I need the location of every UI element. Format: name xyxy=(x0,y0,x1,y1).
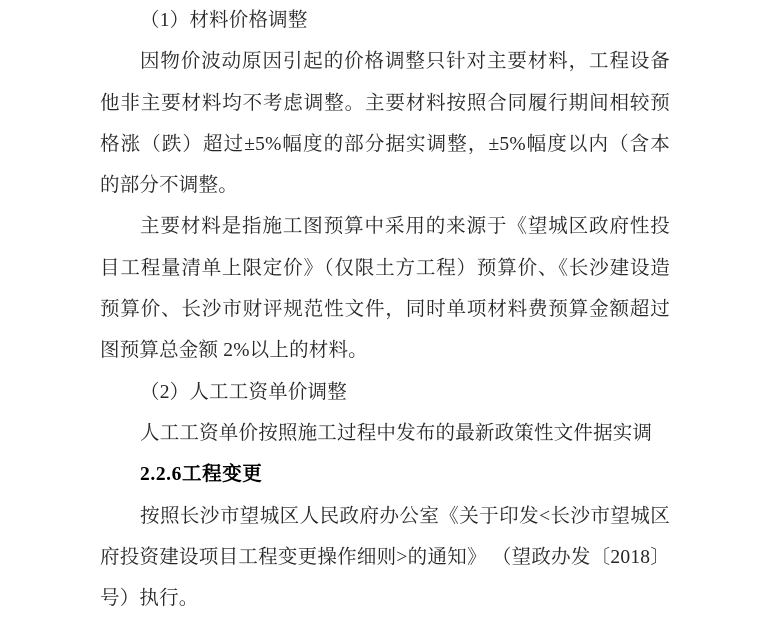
text-block: （1）材料价格调整因物价波动原因引起的价格调整只针对主要材料，工程设备及其他非主… xyxy=(100,0,670,619)
text-line: 主要材料是指施工图预算中采用的来源于《望城区政府性投资项 xyxy=(100,206,670,247)
text-line: 格涨（跌）超过±5%幅度的部分据实调整，±5%幅度以内（含本数） xyxy=(100,124,670,165)
text-line: 号）执行。 xyxy=(100,578,670,619)
text-line: 目工程量清单上限定价》（仅限土方工程）预算价、《长沙建设造价》 xyxy=(100,248,670,289)
text-line: 的部分不调整。 xyxy=(100,165,670,206)
text-line: 按照长沙市望城区人民政府办公室《关于印发<长沙市望城区政 xyxy=(100,496,670,537)
text-line: 他非主要材料均不考虑调整。主要材料按照合同履行期间相较预算价 xyxy=(100,83,670,124)
text-line: 因物价波动原因引起的价格调整只针对主要材料，工程设备及其 xyxy=(100,41,670,82)
text-line: 图预算总金额 2%以上的材料。 xyxy=(100,330,670,371)
text-line: 人工工资单价按照施工过程中发布的最新政策性文件据实调整。 xyxy=(100,413,670,454)
section-heading: 2.2.6工程变更 xyxy=(100,454,670,495)
text-line: （1）材料价格调整 xyxy=(100,0,670,41)
text-line: （2）人工工资单价调整 xyxy=(100,372,670,413)
text-line: 府投资建设项目工程变更操作细则>的通知》 （望政办发〔2018〕92 xyxy=(100,537,670,578)
text-line: 预算价、长沙市财评规范性文件，同时单项材料费预算金额超过施工 xyxy=(100,289,670,330)
document-page: （1）材料价格调整因物价波动原因引起的价格调整只针对主要材料，工程设备及其他非主… xyxy=(0,0,760,621)
